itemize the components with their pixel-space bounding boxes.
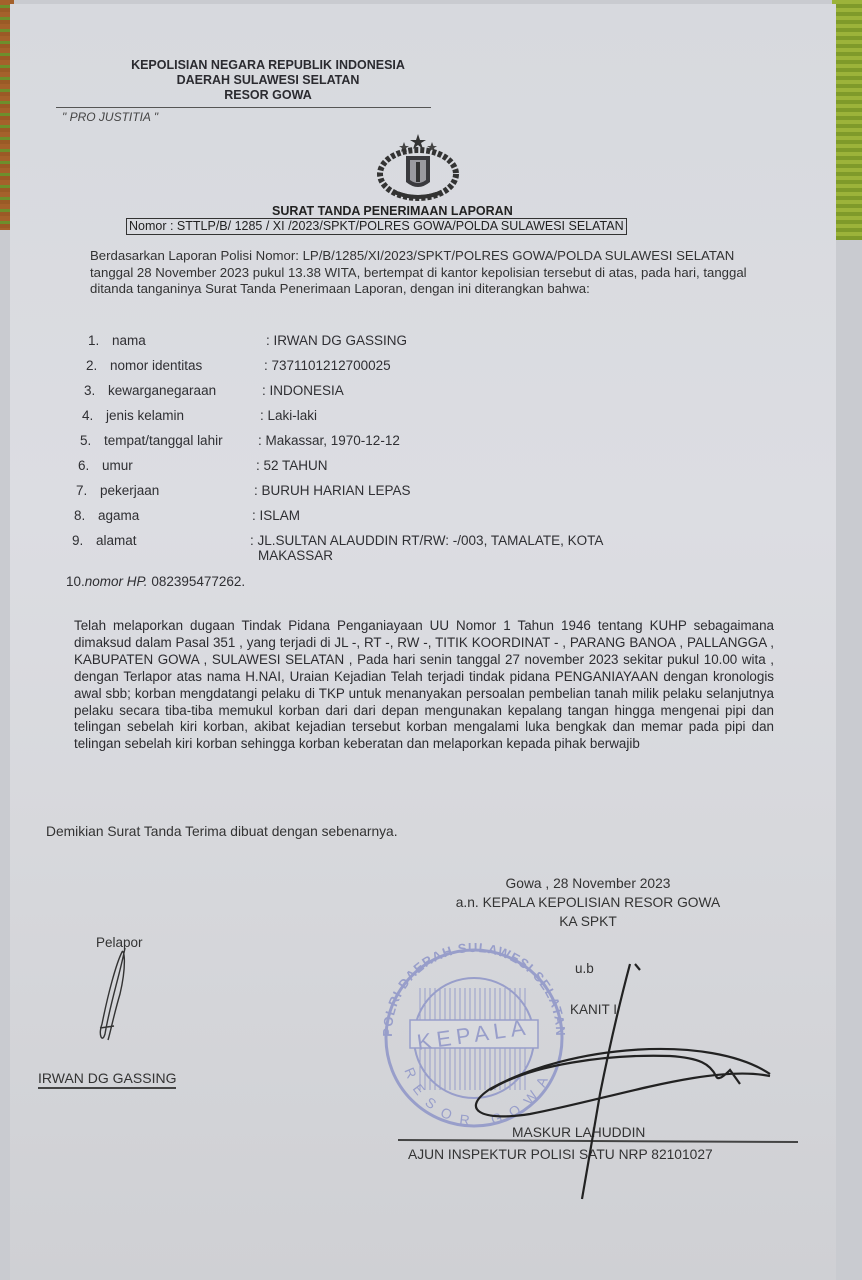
signature-divider (398, 1139, 798, 1143)
kanit-label: KANIT I (570, 1002, 617, 1017)
identity-label: nama (112, 333, 262, 348)
officer-rank: AJUN INSPEKTUR POLISI SATU NRP 82101027 (408, 1147, 713, 1162)
identity-value: : IRWAN DG GASSING (266, 333, 407, 348)
identity-row: 6.umur: 52 TAHUN (78, 458, 252, 473)
identity-label: agama (98, 508, 248, 523)
background-right-edge (832, 0, 862, 240)
intro-paragraph: Berdasarkan Laporan Polisi Nomor: LP/B/1… (90, 248, 776, 298)
unit: KA SPKT (420, 912, 756, 931)
phone-label: nomor HP. (85, 574, 148, 589)
identity-row: 9.alamat: JL.SULTAN ALAUDDIN RT/RW: -/00… (72, 533, 246, 548)
identity-label: tempat/tanggal lahir (104, 433, 254, 448)
document-number: Nomor : STTLP/B/ 1285 / XI /2023/SPKT/PO… (126, 218, 627, 235)
identity-value: : Makassar, 1970-12-12 (258, 433, 400, 448)
identity-value: : Laki-laki (260, 408, 317, 423)
reporter-signature (100, 948, 125, 1040)
ub-label: u.b (575, 961, 594, 976)
officer-signature (476, 964, 770, 1199)
reporter-label: Pelapor (96, 935, 143, 950)
identity-label: umur (102, 458, 252, 473)
pro-justitia: " PRO JUSTITIA " (62, 110, 158, 124)
identity-label: alamat (96, 533, 246, 548)
identity-row: 1.nama: IRWAN DG GASSING (88, 333, 262, 348)
header-line-3: RESOR GOWA (108, 88, 428, 103)
phone-number-index: 10. (66, 574, 85, 589)
identity-row: 8.agama: ISLAM (74, 508, 248, 523)
identity-value: : INDONESIA (262, 383, 344, 398)
identity-value: : 7371101212700025 (264, 358, 391, 373)
identity-index: 8. (74, 508, 98, 523)
identity-index: 9. (72, 533, 96, 548)
identity-label: kewarganegaraan (108, 383, 258, 398)
identity-index: 3. (84, 383, 108, 398)
identity-value: : BURUH HARIAN LEPAS (254, 483, 411, 498)
signature-header: Gowa , 28 November 2023 a.n. KEPALA KEPO… (420, 874, 756, 931)
identity-index: 4. (82, 408, 106, 423)
svg-text:KEPALA: KEPALA (415, 1014, 531, 1055)
identity-row: 7.pekerjaan: BURUH HARIAN LEPAS (76, 483, 250, 498)
document-page: KEPOLISIAN NEGARA REPUBLIK INDONESIA DAE… (10, 4, 836, 1280)
identity-index: 2. (86, 358, 110, 373)
phone-row: 10.nomor HP. 082395477262. (66, 574, 245, 589)
identity-value: : 52 TAHUN (256, 458, 328, 473)
identity-label: nomor identitas (110, 358, 260, 373)
closing-statement: Demikian Surat Tanda Terima dibuat denga… (46, 824, 398, 839)
identity-index: 6. (78, 458, 102, 473)
header-divider (56, 107, 431, 108)
institution-header: KEPOLISIAN NEGARA REPUBLIK INDONESIA DAE… (108, 58, 428, 103)
identity-index: 7. (76, 483, 100, 498)
identity-row: 4.jenis kelamin: Laki-laki (82, 408, 256, 423)
phone-value: 082395477262. (151, 574, 245, 589)
officer-name: MASKUR LAHUDDIN (512, 1125, 645, 1140)
police-emblem-icon (376, 132, 460, 202)
identity-label: jenis kelamin (106, 408, 256, 423)
report-body: Telah melaporkan dugaan Tindak Pidana Pe… (74, 618, 774, 753)
svg-text:POLRI DAERAH SULAWESI SELATAN: POLRI DAERAH SULAWESI SELATAN (380, 940, 568, 1037)
identity-index: 5. (80, 433, 104, 448)
identity-row: 5.tempat/tanggal lahir: Makassar, 1970-1… (80, 433, 254, 448)
reporter-name: IRWAN DG GASSING (38, 1070, 176, 1089)
header-line-1: KEPOLISIAN NEGARA REPUBLIK INDONESIA (108, 58, 428, 73)
identity-label: pekerjaan (100, 483, 250, 498)
svg-text:RESOR GOWA: RESOR GOWA (401, 1065, 554, 1129)
header-line-2: DAERAH SULAWESI SELATAN (108, 73, 428, 88)
identity-value: : ISLAM (252, 508, 300, 523)
identity-value: : JL.SULTAN ALAUDDIN RT/RW: -/003, TAMAL… (250, 533, 603, 563)
identity-index: 1. (88, 333, 112, 348)
place-date: Gowa , 28 November 2023 (420, 874, 756, 893)
identity-row: 2.nomor identitas: 7371101212700025 (86, 358, 260, 373)
identity-row: 3.kewarganegaraan: INDONESIA (84, 383, 258, 398)
document-title: SURAT TANDA PENERIMAAN LAPORAN (272, 204, 513, 218)
on-behalf-of: a.n. KEPALA KEPOLISIAN RESOR GOWA (420, 893, 756, 912)
